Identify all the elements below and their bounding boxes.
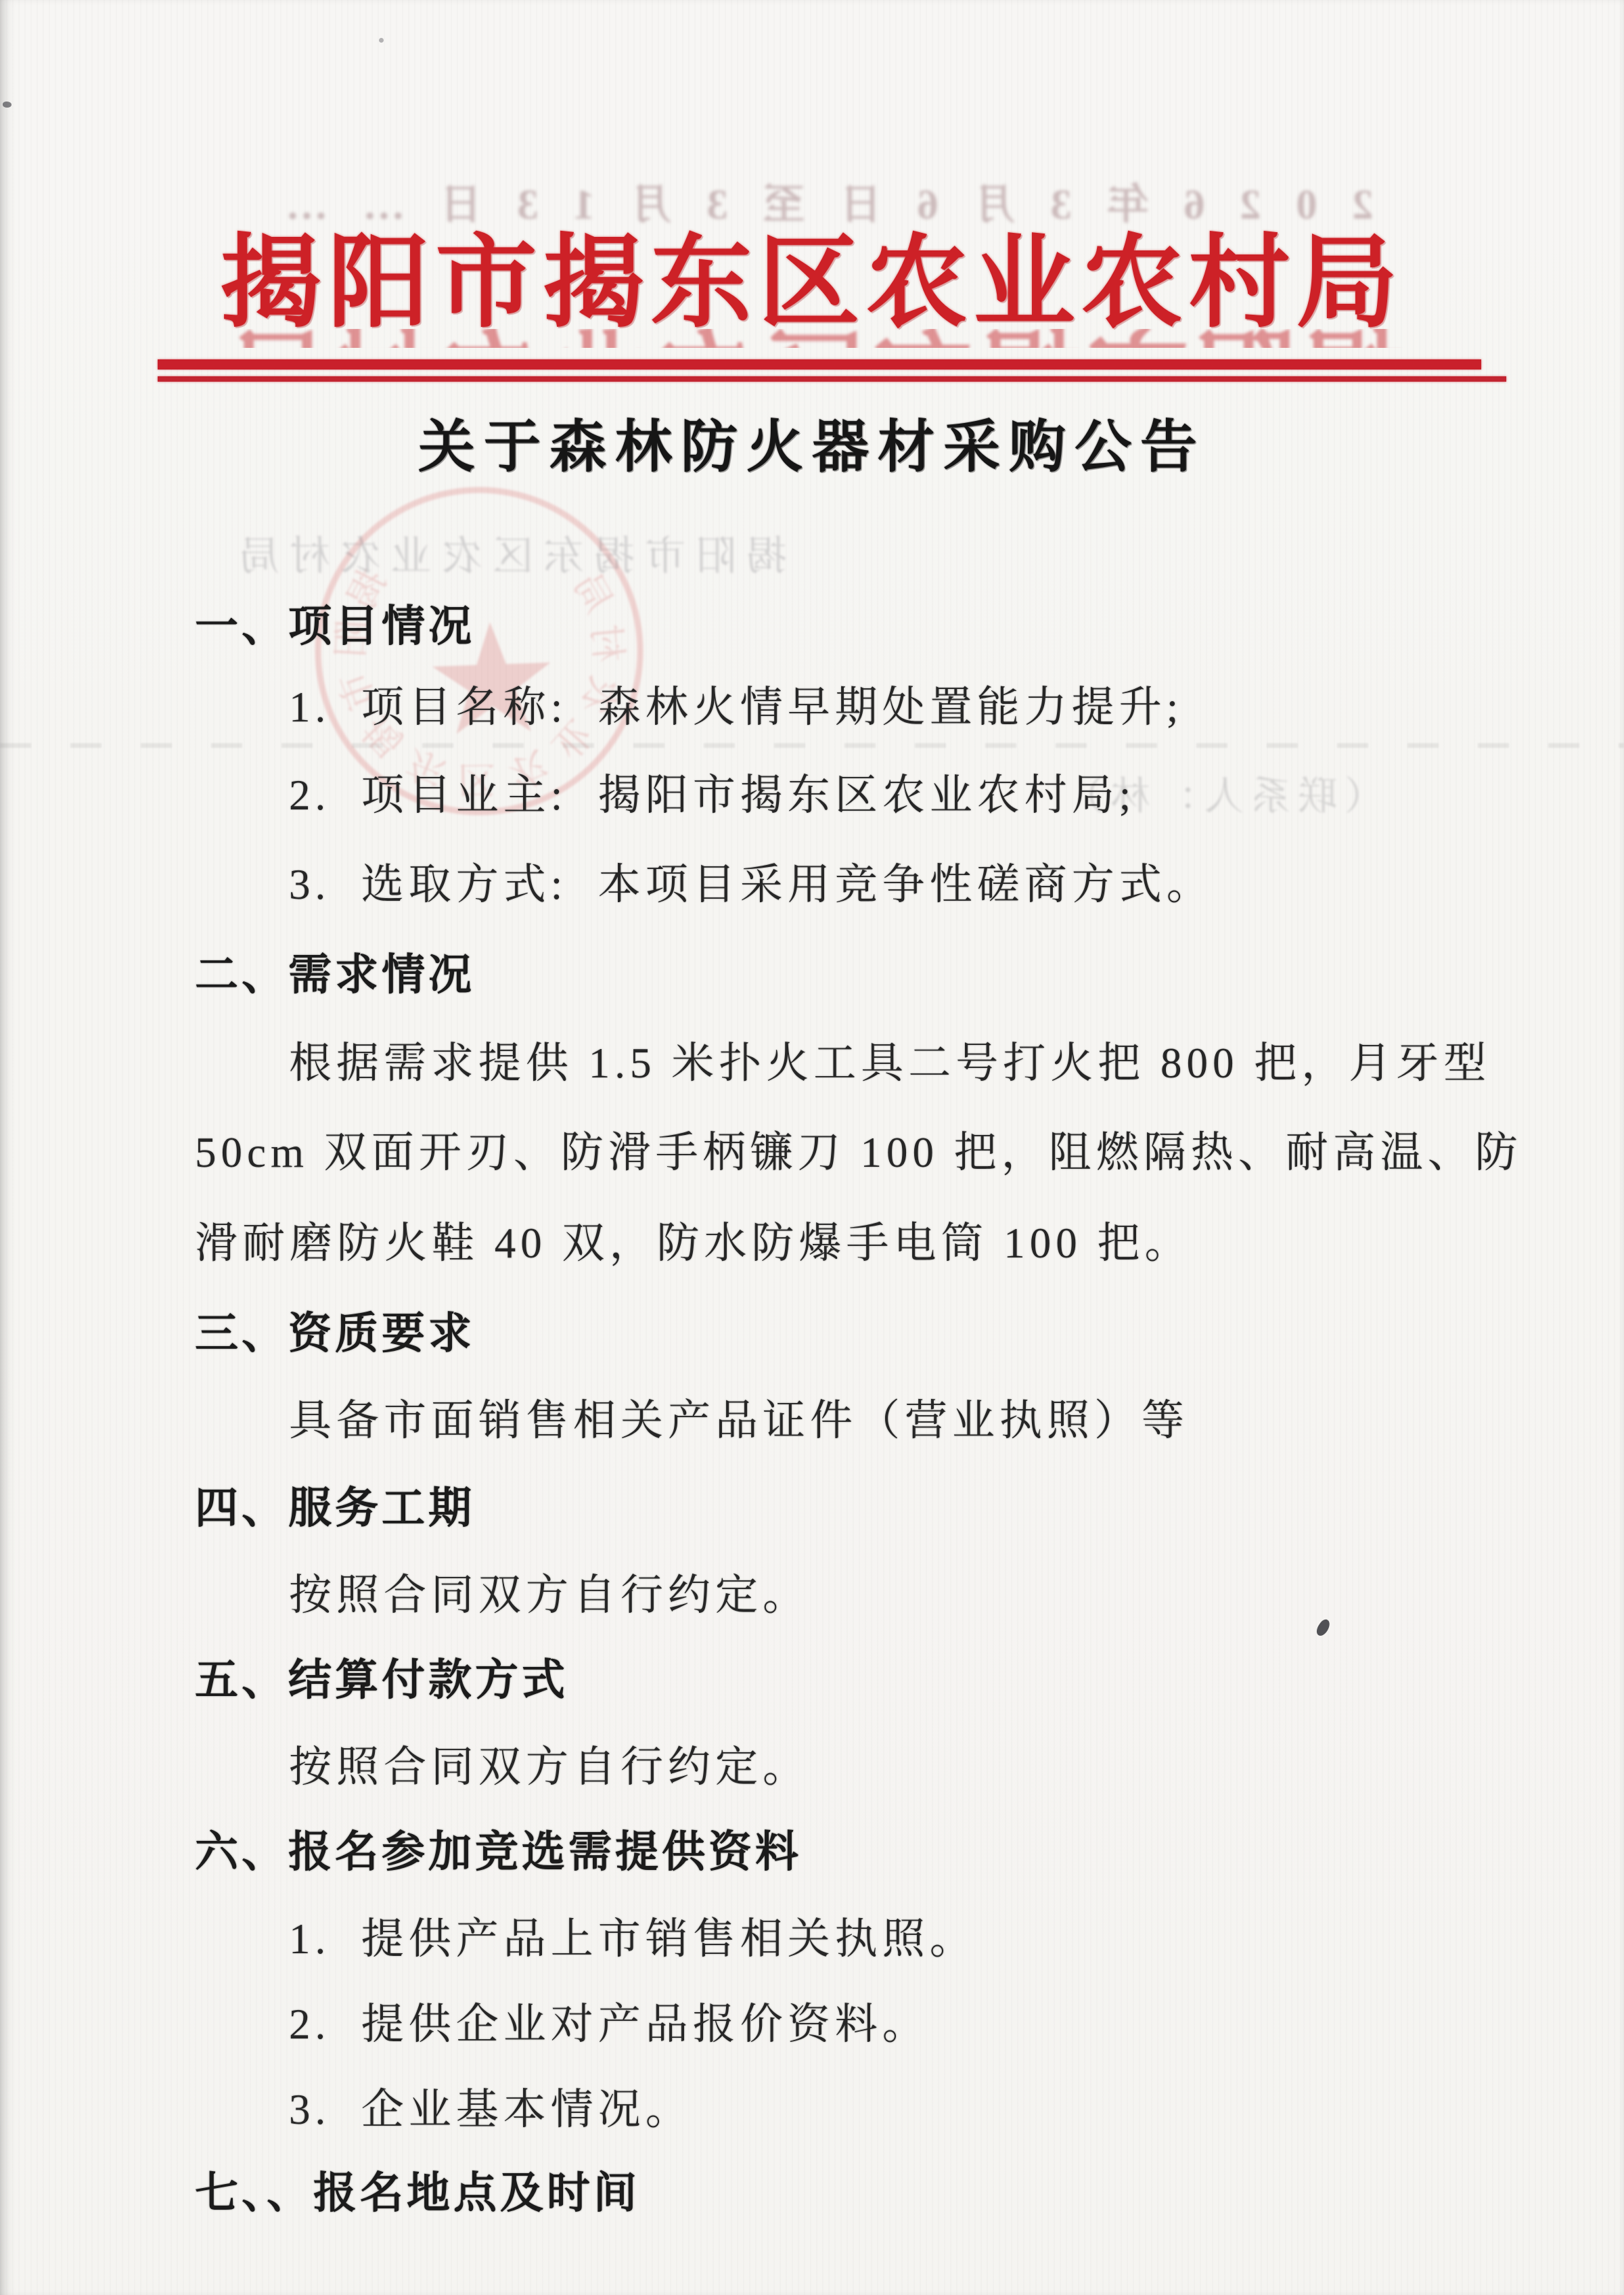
ink-speck (1314, 1618, 1332, 1638)
scan-edge-speck (3, 102, 12, 108)
section-2-paragraph-line-1: 根据需求提供 1.5 米扑火工具二号打火把 800 把，月牙型 (289, 1042, 1491, 1085)
section-5-paragraph-line-1: 按照合同双方自行约定。 (289, 1746, 810, 1789)
scan-streak (0, 743, 1624, 748)
agency-name-masthead: 揭阳市揭东区农业农村局 (220, 233, 1403, 334)
scanned-document-page: 2026年3月6日至3月13日…… 揭阳市揭东区农业农村局 揭阳市揭东区农业农村… (0, 0, 1624, 2295)
section-3-heading: 三、资质要求 (195, 1312, 475, 1355)
section-5-heading: 五、结算付款方式 (195, 1658, 568, 1701)
bleedthrough-top-text: 2026年3月6日至3月13日…… (251, 184, 1374, 226)
section-4-paragraph-line-1: 按照合同双方自行约定。 (289, 1574, 810, 1617)
section-2-paragraph-line-3: 滑耐磨防火鞋 40 双，防水防爆手电筒 100 把。 (195, 1222, 1192, 1265)
section-6-item-3: 3. 企业基本情况。 (289, 2089, 693, 2131)
section-6-item-2: 2. 提供企业对产品报价资料。 (289, 2003, 930, 2046)
scan-dust-speck (379, 38, 384, 43)
section-6-item-1: 1. 提供产品上市销售相关执照。 (289, 1918, 977, 1961)
section-2-heading: 二、需求情况 (195, 953, 475, 996)
section-2-paragraph-line-2: 50cm 双面开刃、防滑手柄镰刀 100 把，阻燃隔热、耐高温、防 (195, 1132, 1522, 1174)
section-1-heading: 一、项目情况 (195, 604, 475, 648)
red-rule-thick (158, 359, 1481, 370)
section-4-heading: 四、服务工期 (195, 1486, 475, 1530)
section-1-item-3: 3. 选取方式: 本项目采用竞争性磋商方式。 (289, 864, 1214, 906)
section-1-item-2: 2. 项目业主: 揭阳市揭东区农业农村局; (289, 774, 1135, 817)
section-6-heading: 六、报名参加竞选需提供资料 (195, 1830, 802, 1873)
bleedthrough-masthead-text: 揭阳市揭东区农业农村局 (149, 329, 1475, 348)
red-rule-thin (158, 376, 1506, 382)
section-1-item-1: 1. 项目名称: 森林火情早期处置能力提升; (289, 686, 1183, 729)
document-title: 关于森林防火器材采购公告 (418, 420, 1206, 476)
section-3-paragraph-line-1: 具备市面销售相关产品证件（营业执照）等 (289, 1400, 1189, 1442)
section-7-heading: 七、、报名地点及时间 (195, 2171, 640, 2214)
bleedthrough-masthead-tips: 揭阳市揭东区农业农村局 (149, 329, 1475, 348)
